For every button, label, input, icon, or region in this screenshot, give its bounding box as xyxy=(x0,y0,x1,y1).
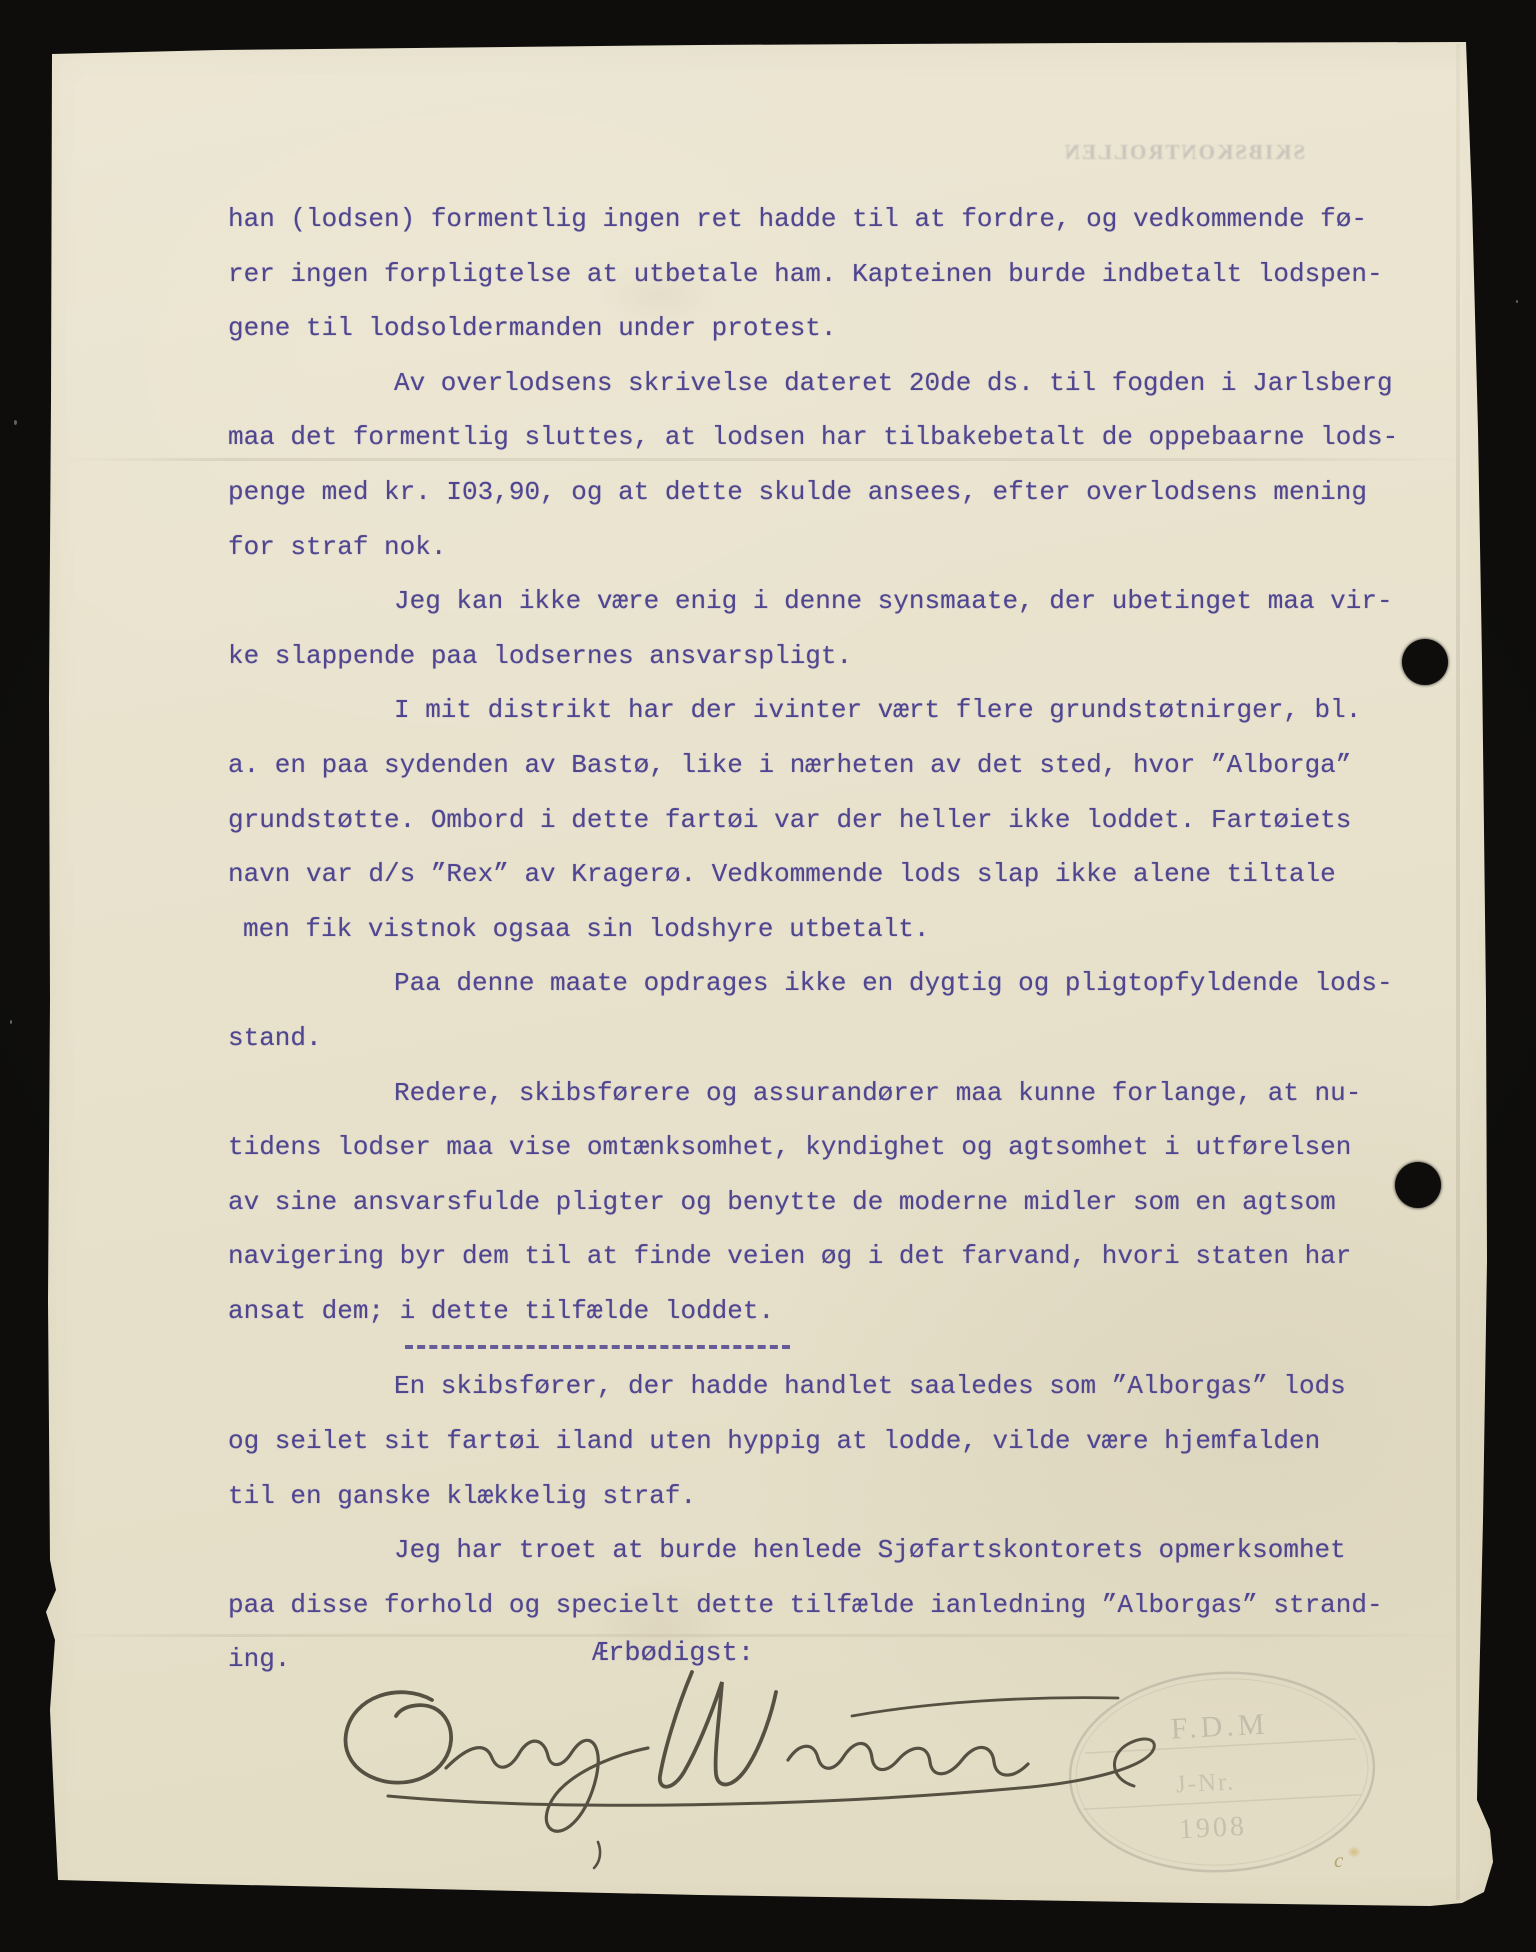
letter-line: av sine ansvarsfulde pligter og benytte … xyxy=(228,1175,1438,1230)
letter-line: navn var d/s ”Rex” av Kragerø. Vedkommen… xyxy=(228,847,1438,902)
dust-speck xyxy=(1516,300,1518,303)
letter-line: Jeg kan ikke være enig i denne synsmaate… xyxy=(228,574,1438,629)
letter-line: ansat dem; i dette tilfælde loddet. xyxy=(228,1284,1438,1339)
letter-line: for straf nok. xyxy=(228,520,1438,575)
letter-line: I mit distrikt har der ivinter vært fler… xyxy=(228,683,1438,738)
pencil-annotation: c xyxy=(1334,1848,1343,1873)
letter-line: stand. xyxy=(228,1011,1438,1066)
letter-line: a. en paa sydenden av Bastø, like i nærh… xyxy=(228,738,1438,793)
letter-line: navigering byr dem til at finde veien øg… xyxy=(228,1229,1438,1284)
punch-hole xyxy=(1395,1162,1441,1208)
typed-dashed-rule xyxy=(405,1345,790,1349)
letter-line: men fik vistnok ogsaa sin lodshyre utbet… xyxy=(228,902,1438,957)
letter-line: rer ingen forpligtelse at utbetale ham. … xyxy=(228,247,1438,302)
bleedthrough-header-text: SKIBSKONTROLLEN xyxy=(1058,140,1310,165)
letter-line: maa det formentlig sluttes, at lodsen ha… xyxy=(228,410,1438,465)
letter-line: tidens lodser maa vise omtænksomhet, kyn… xyxy=(228,1120,1438,1175)
letter-line: gene til lodsoldermanden under protest. xyxy=(228,301,1438,356)
letter-body: han (lodsen) formentlig ingen ret hadde … xyxy=(228,192,1438,1687)
edge-crease xyxy=(1456,44,1460,1900)
letter-line: Jeg har troet at burde henlede Sjøfartsk… xyxy=(228,1523,1438,1578)
letter-line: til en ganske klækkelig straf. xyxy=(228,1469,1438,1524)
letter-line: Redere, skibsførere og assurandører maa … xyxy=(228,1066,1438,1121)
dust-speck xyxy=(14,420,17,425)
letter-line: Paa denne maate opdrages ikke en dygtig … xyxy=(228,956,1438,1011)
letter-line: og seilet sit fartøi iland uten hyppig a… xyxy=(228,1414,1438,1469)
letter-line: ke slappende paa lodsernes ansvarspligt. xyxy=(228,629,1438,684)
letter-line: Av overlodsens skrivelse dateret 20de ds… xyxy=(228,356,1438,411)
paper-stain xyxy=(1347,1846,1361,1858)
letter-line: grundstøtte. Ombord i dette fartøi var d… xyxy=(228,793,1438,848)
letter-line: ing. xyxy=(228,1632,1438,1687)
letter-line: En skibsfører, der hadde handlet saalede… xyxy=(228,1359,1438,1414)
closing-salutation: Ærbødigst: xyxy=(592,1639,754,1669)
letter-line: han (lodsen) formentlig ingen ret hadde … xyxy=(228,192,1438,247)
letter-line: paa disse forhold og specielt dette tilf… xyxy=(228,1578,1438,1633)
dust-speck xyxy=(10,1020,12,1024)
punch-hole xyxy=(1402,639,1448,685)
scan-stage: SKIBSKONTROLLEN han (lodsen) formentlig … xyxy=(0,0,1536,1952)
letter-line: penge med kr. I03,90, og at dette skulde… xyxy=(228,465,1438,520)
